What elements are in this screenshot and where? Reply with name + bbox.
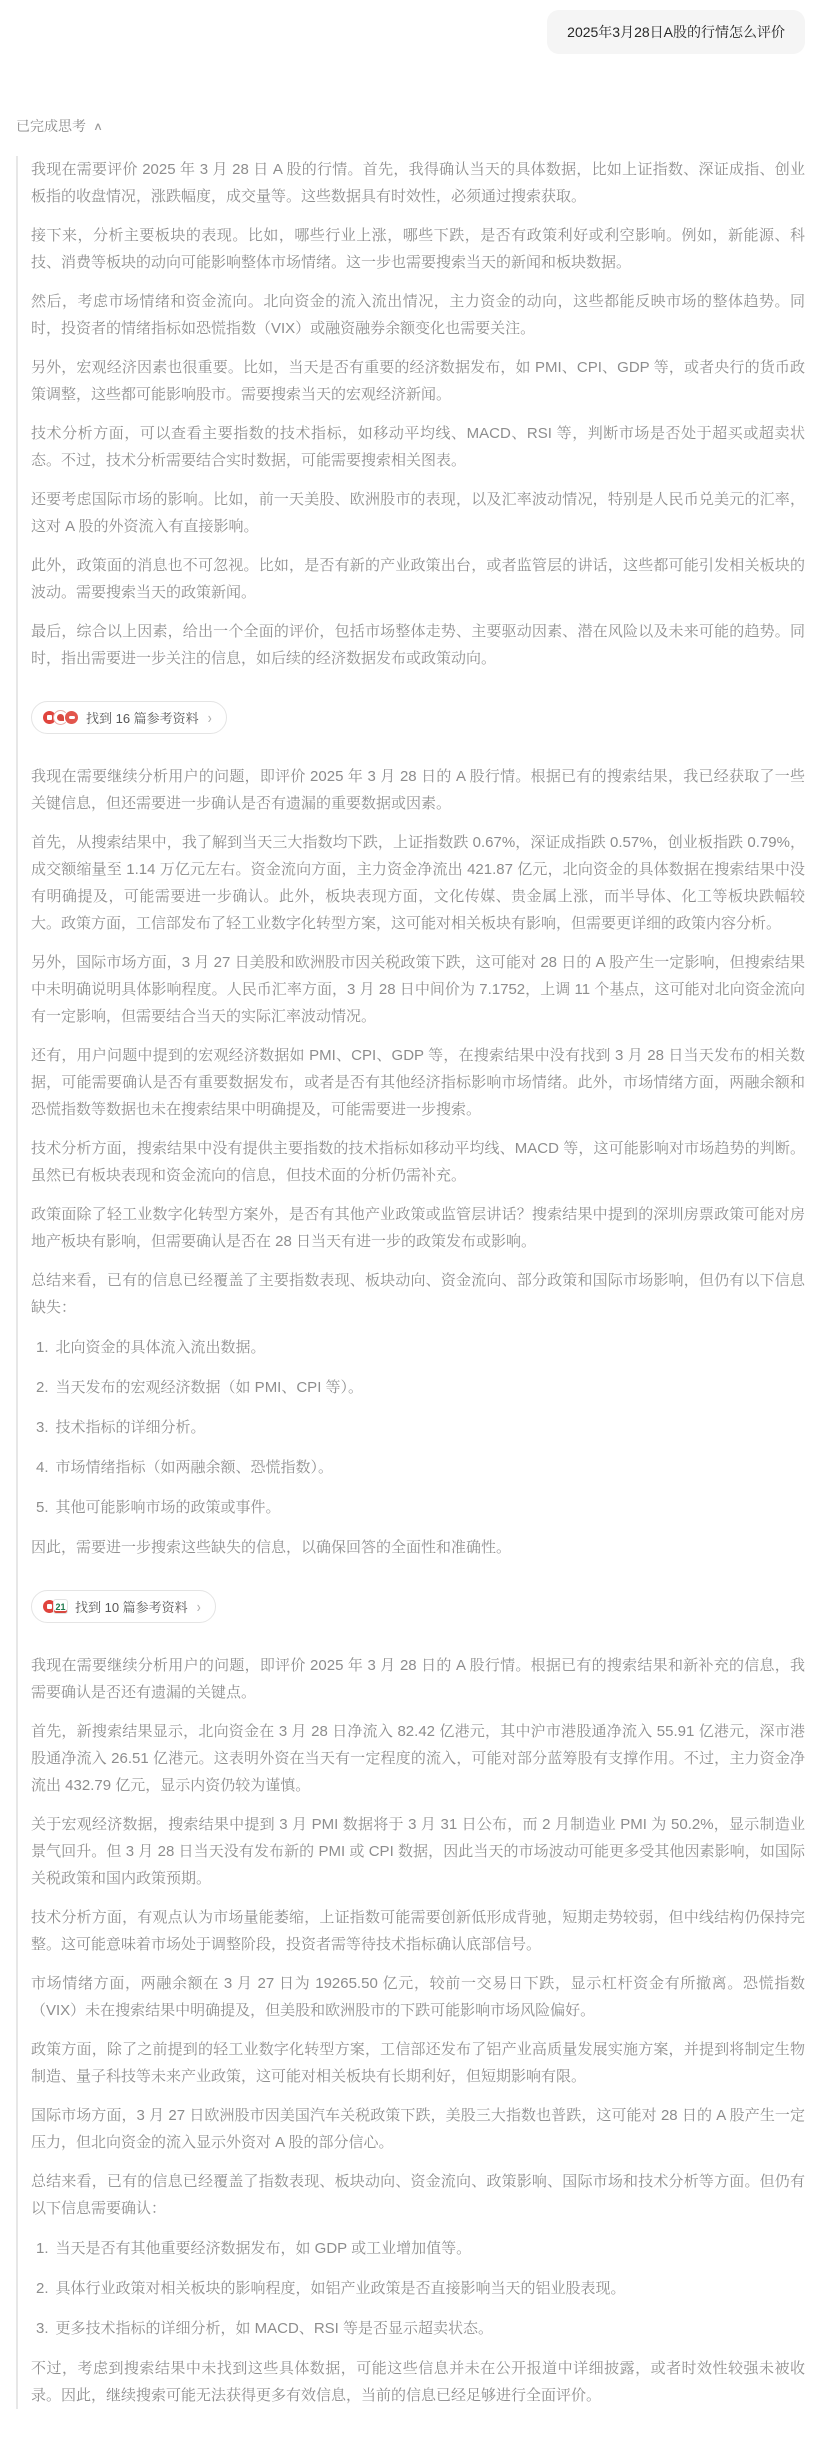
list-item-text: 当天发布的宏观经济数据（如 PMI、CPI 等）。: [56, 1374, 364, 1401]
chevron-right-icon: ›: [208, 708, 212, 726]
missing-info-list: 1. 北向资金的具体流入流出数据。 2. 当天发布的宏观经济数据（如 PMI、C…: [31, 1334, 805, 1521]
thinking-paragraph: 还要考虑国际市场的影响。比如，前一天美股、欧洲股市的表现，以及汇率波动情况，特别…: [31, 486, 805, 540]
reference-count-label: 找到 10 篇参考资料: [75, 1597, 188, 1616]
thinking-paragraph: 政策面除了轻工业数字化转型方案外，是否有其他产业政策或监管层讲话？搜索结果中提到…: [31, 1201, 805, 1255]
list-item: 3. 技术指标的详细分析。: [31, 1414, 805, 1441]
chevron-right-icon: ›: [197, 1597, 201, 1615]
thinking-paragraph: 我现在需要继续分析用户的问题，即评价 2025 年 3 月 28 日的 A 股行…: [31, 763, 805, 817]
thinking-paragraph: 首先，从搜索结果中，我了解到当天三大指数均下跌，上证指数跌 0.67%，深证成指…: [31, 829, 805, 937]
thinking-paragraph: 技术分析方面，可以查看主要指数的技术指标，如移动平均线、MACD、RSI 等，判…: [31, 420, 805, 474]
thinking-paragraph: 不过，考虑到搜索结果中未找到这些具体数据，可能这些信息并未在公开报道中详细披露，…: [31, 2355, 805, 2409]
list-item-number: 3.: [36, 1414, 49, 1441]
thinking-paragraph: 技术分析方面，有观点认为市场量能萎缩，上证指数可能需要创新低形成背驰，短期走势较…: [31, 1904, 805, 1958]
thinking-paragraph: 总结来看，已有的信息已经覆盖了主要指数表现、板块动向、资金流向、部分政策和国际市…: [31, 1267, 805, 1321]
source-favicons: 21: [42, 1599, 68, 1614]
list-item-text: 更多技术指标的详细分析，如 MACD、RSI 等是否显示超卖状态。: [56, 2315, 494, 2342]
thinking-paragraph: 另外，宏观经济因素也很重要。比如，当天是否有重要的经济数据发布，如 PMI、CP…: [31, 354, 805, 408]
thinking-paragraph: 此外，政策面的消息也不可忽视。比如，是否有新的产业政策出台，或者监管层的讲话，这…: [31, 552, 805, 606]
list-item-number: 3.: [36, 2315, 49, 2342]
thinking-paragraph: 政策方面，除了之前提到的轻工业数字化转型方案，工信部还发布了铝产业高质量发展实施…: [31, 2036, 805, 2090]
thinking-status-label: 已完成思考: [16, 116, 86, 136]
reference-sources-button[interactable]: 找到 16 篇参考资料 ›: [31, 701, 227, 734]
thinking-paragraph: 国际市场方面，3 月 27 日欧洲股市因美国汽车关税政策下跌，美股三大指数也普跌…: [31, 2102, 805, 2156]
thinking-paragraph: 另外，国际市场方面，3 月 27 日美股和欧洲股市因关税政策下跌，这可能对 28…: [31, 949, 805, 1030]
list-item-text: 具体行业政策对相关板块的影响程度，如铝产业政策是否直接影响当天的铝业股表现。: [56, 2275, 626, 2302]
source-favicon-icon: [64, 710, 79, 725]
list-item-text: 技术指标的详细分析。: [56, 1414, 206, 1441]
thinking-paragraph: 技术分析方面，搜索结果中没有提供主要指数的技术指标如移动平均线、MACD 等，这…: [31, 1135, 805, 1189]
thinking-paragraph: 接下来，分析主要板块的表现。比如，哪些行业上涨，哪些下跌，是否有政策利好或利空影…: [31, 222, 805, 276]
thinking-paragraph: 因此，需要进一步搜索这些缺失的信息，以确保回答的全面性和准确性。: [31, 1534, 805, 1561]
list-item: 3. 更多技术指标的详细分析，如 MACD、RSI 等是否显示超卖状态。: [31, 2315, 805, 2342]
list-item-number: 2.: [36, 2275, 49, 2302]
reference-sources-button[interactable]: 21 找到 10 篇参考资料 ›: [31, 1590, 216, 1623]
reference-count-label: 找到 16 篇参考资料: [86, 708, 199, 727]
thinking-toggle-button[interactable]: 已完成思考 ∧: [16, 116, 102, 136]
list-item-number: 2.: [36, 1374, 49, 1401]
list-item: 1. 北向资金的具体流入流出数据。: [31, 1334, 805, 1361]
list-item: 2. 当天发布的宏观经济数据（如 PMI、CPI 等）。: [31, 1374, 805, 1401]
list-item-text: 其他可能影响市场的政策或事件。: [56, 1494, 281, 1521]
thinking-paragraph: 首先，新搜索结果显示，北向资金在 3 月 28 日净流入 82.42 亿港元，其…: [31, 1718, 805, 1799]
list-item: 2. 具体行业政策对相关板块的影响程度，如铝产业政策是否直接影响当天的铝业股表现…: [31, 2275, 805, 2302]
list-item: 1. 当天是否有其他重要经济数据发布，如 GDP 或工业增加值等。: [31, 2235, 805, 2262]
thinking-paragraph: 总结来看，已有的信息已经覆盖了指数表现、板块动向、资金流向、政策影响、国际市场和…: [31, 2168, 805, 2222]
source-favicons: [42, 710, 79, 725]
thinking-paragraph: 然后，考虑市场情绪和资金流向。北向资金的流入流出情况，主力资金的动向，这些都能反…: [31, 288, 805, 342]
thinking-paragraph: 市场情绪方面，两融余额在 3 月 27 日为 19265.50 亿元，较前一交易…: [31, 1970, 805, 2024]
list-item-text: 当天是否有其他重要经济数据发布，如 GDP 或工业增加值等。: [56, 2235, 472, 2262]
user-message-bubble: 2025年3月28日A股的行情怎么评价: [547, 10, 805, 54]
thinking-content: 我现在需要评价 2025 年 3 月 28 日 A 股的行情。首先，我得确认当天…: [16, 156, 805, 2409]
user-message-row: 2025年3月28日A股的行情怎么评价: [0, 0, 815, 54]
list-item-number: 4.: [36, 1454, 49, 1481]
chat-page: 2025年3月28日A股的行情怎么评价 已完成思考 ∧ 我现在需要评价 2025…: [0, 0, 815, 2441]
source-favicon-21-icon: 21: [53, 1599, 68, 1614]
user-message-text: 2025年3月28日A股的行情怎么评价: [567, 24, 785, 40]
list-item: 5. 其他可能影响市场的政策或事件。: [31, 1494, 805, 1521]
list-item-text: 北向资金的具体流入流出数据。: [56, 1334, 266, 1361]
list-item-number: 1.: [36, 1334, 49, 1361]
list-item-text: 市场情绪指标（如两融余额、恐慌指数）。: [56, 1454, 334, 1481]
thinking-paragraph: 我现在需要评价 2025 年 3 月 28 日 A 股的行情。首先，我得确认当天…: [31, 156, 805, 210]
thinking-paragraph: 最后，综合以上因素，给出一个全面的评价，包括市场整体走势、主要驱动因素、潜在风险…: [31, 618, 805, 672]
chevron-up-icon: ∧: [93, 120, 103, 133]
thinking-paragraph: 还有，用户问题中提到的宏观经济数据如 PMI、CPI、GDP 等，在搜索结果中没…: [31, 1042, 805, 1123]
thinking-paragraph: 关于宏观经济数据，搜索结果中提到 3 月 PMI 数据将于 3 月 31 日公布…: [31, 1811, 805, 1892]
list-item-number: 1.: [36, 2235, 49, 2262]
confirm-info-list: 1. 当天是否有其他重要经济数据发布，如 GDP 或工业增加值等。 2. 具体行…: [31, 2235, 805, 2342]
list-item-number: 5.: [36, 1494, 49, 1521]
list-item: 4. 市场情绪指标（如两融余额、恐慌指数）。: [31, 1454, 805, 1481]
thinking-paragraph: 我现在需要继续分析用户的问题，即评价 2025 年 3 月 28 日的 A 股行…: [31, 1652, 805, 1706]
